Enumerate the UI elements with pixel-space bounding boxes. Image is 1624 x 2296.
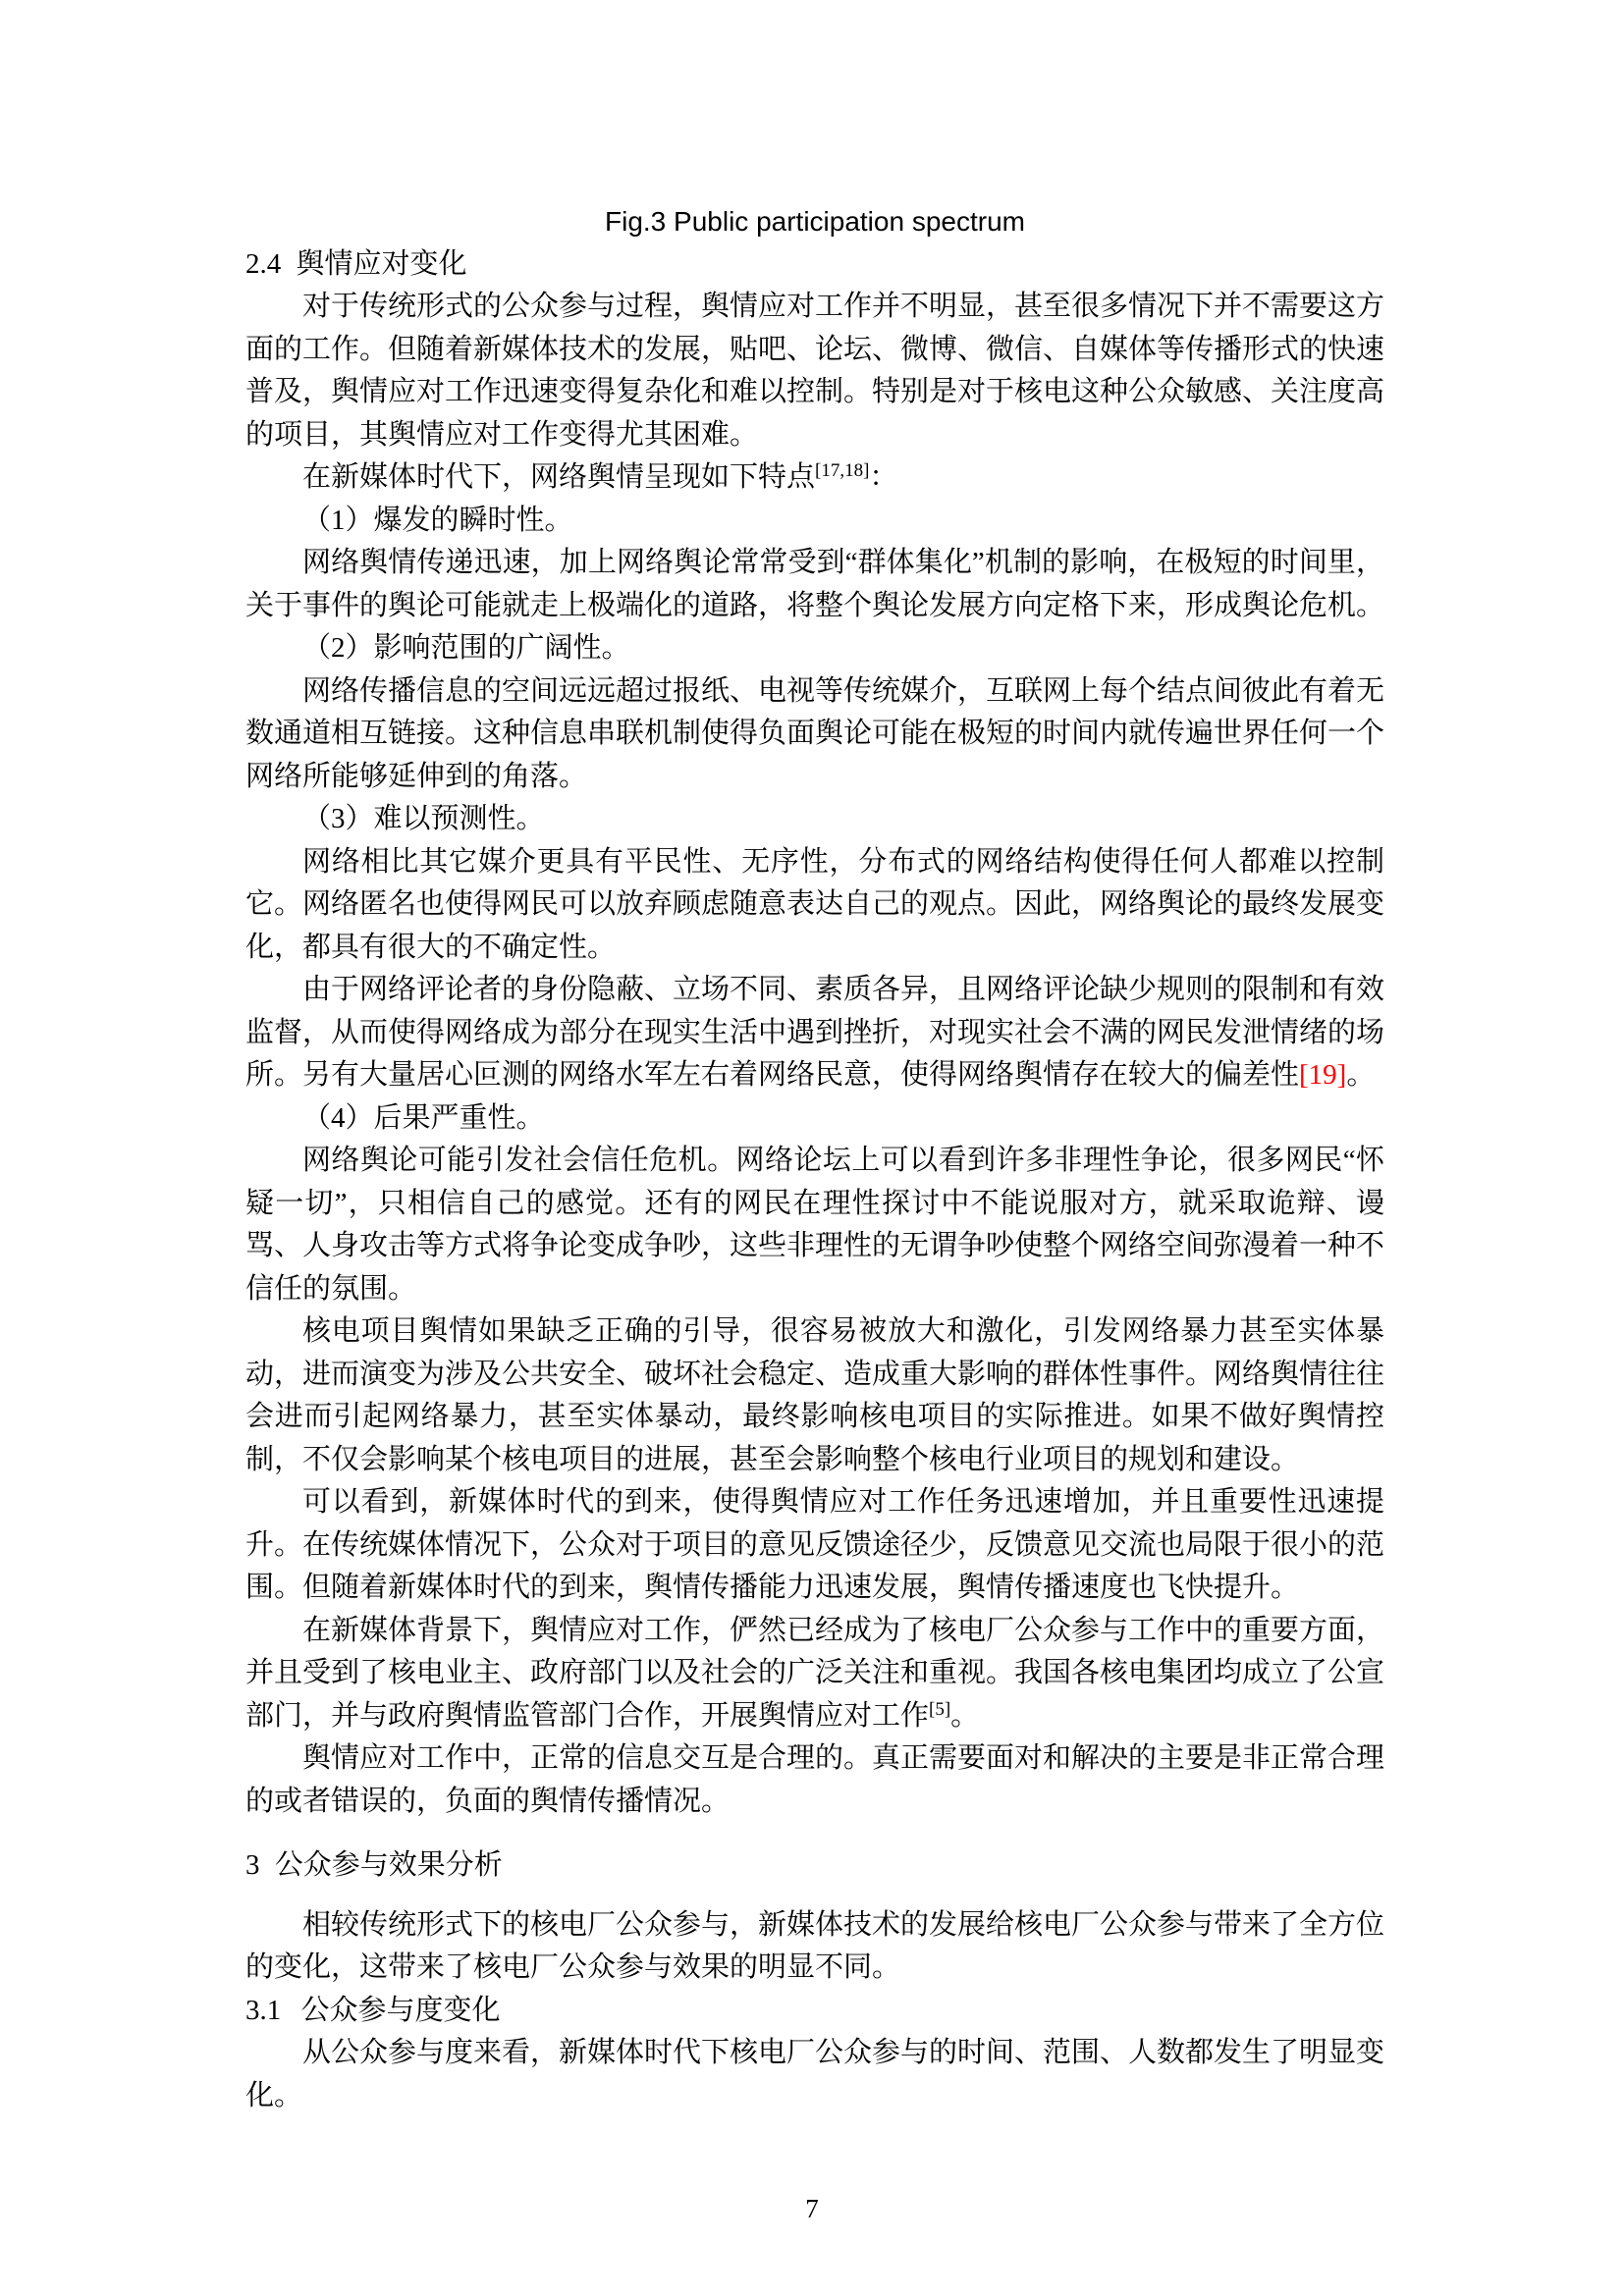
citation-ref: [17,18] bbox=[815, 460, 869, 481]
paragraph: 从公众参与度来看，新媒体时代下核电厂公众参与的时间、范围、人数都发生了明显变化。 bbox=[245, 2032, 1384, 2117]
paragraph-text: 在新媒体时代下，网络舆情呈现如下特点 bbox=[302, 461, 815, 493]
paragraph: 网络传播信息的空间远远超过报纸、电视等传统媒介，互联网上每个结点间彼此有着无数通… bbox=[245, 670, 1384, 799]
section-heading-3-1: 3.1 公众参与度变化 bbox=[245, 1990, 1384, 2033]
paragraph-text: 由于网络评论者的身份隐蔽、立场不同、素质各异，且网络评论缺少规则的限制和有效监督… bbox=[245, 974, 1384, 1091]
paragraph-text: 在新媒体背景下，舆情应对工作，俨然已经成为了核电厂公众参与工作中的重要方面，并且… bbox=[245, 1615, 1384, 1732]
list-item: （4）后果严重性。 bbox=[245, 1097, 1384, 1141]
page-content: Fig.3 Public participation spectrum 2.4 … bbox=[245, 200, 1384, 2117]
paragraph: 在新媒体时代下，网络舆情呈现如下特点[17,18]： bbox=[245, 456, 1384, 500]
paragraph: 网络舆情传递迅速，加上网络舆论常常受到“群体集化”机制的影响，在极短的时间里，关… bbox=[245, 542, 1384, 627]
page-number: 7 bbox=[0, 2193, 1624, 2224]
list-item: （1）爆发的瞬时性。 bbox=[245, 500, 1384, 543]
paragraph-text: ： bbox=[869, 461, 897, 493]
citation-ref: [5] bbox=[929, 1699, 950, 1720]
paragraph-text: 。 bbox=[950, 1700, 979, 1732]
paragraph: 相较传统形式下的核电厂公众参与，新媒体技术的发展给核电厂公众参与带来了全方位的变… bbox=[245, 1904, 1384, 1990]
citation-ref-red: [19] bbox=[1299, 1059, 1346, 1091]
paragraph: 在新媒体背景下，舆情应对工作，俨然已经成为了核电厂公众参与工作中的重要方面，并且… bbox=[245, 1610, 1384, 1738]
paragraph: 网络舆论可能引发社会信任危机。网络论坛上可以看到许多非理性争论，很多网民“怀疑一… bbox=[245, 1140, 1384, 1310]
paragraph: 对于传统形式的公众参与过程，舆情应对工作并不明显，甚至很多情况下并不需要这方面的… bbox=[245, 286, 1384, 456]
section-heading-2-4: 2.4 舆情应对变化 bbox=[245, 243, 1384, 287]
paragraph: 核电项目舆情如果缺乏正确的引导，很容易被放大和激化，引发网络暴力甚至实体暴动，进… bbox=[245, 1310, 1384, 1481]
paragraph: 由于网络评论者的身份隐蔽、立场不同、素质各异，且网络评论缺少规则的限制和有效监督… bbox=[245, 969, 1384, 1097]
figure-caption: Fig.3 Public participation spectrum bbox=[245, 200, 1384, 243]
section-heading-3: 3 公众参与效果分析 bbox=[245, 1844, 1384, 1888]
document-page: Fig.3 Public participation spectrum 2.4 … bbox=[0, 0, 1624, 2296]
paragraph: 网络相比其它媒介更具有平民性、无序性，分布式的网络结构使得任何人都难以控制它。网… bbox=[245, 841, 1384, 970]
list-item: （3）难以预测性。 bbox=[245, 798, 1384, 841]
paragraph: 舆情应对工作中，正常的信息交互是合理的。真正需要面对和解决的主要是非正常合理的或… bbox=[245, 1737, 1384, 1823]
paragraph-text: 。 bbox=[1346, 1059, 1375, 1091]
paragraph: 可以看到，新媒体时代的到来，使得舆情应对工作任务迅速增加，并且重要性迅速提升。在… bbox=[245, 1481, 1384, 1610]
list-item: （2）影响范围的广阔性。 bbox=[245, 627, 1384, 670]
